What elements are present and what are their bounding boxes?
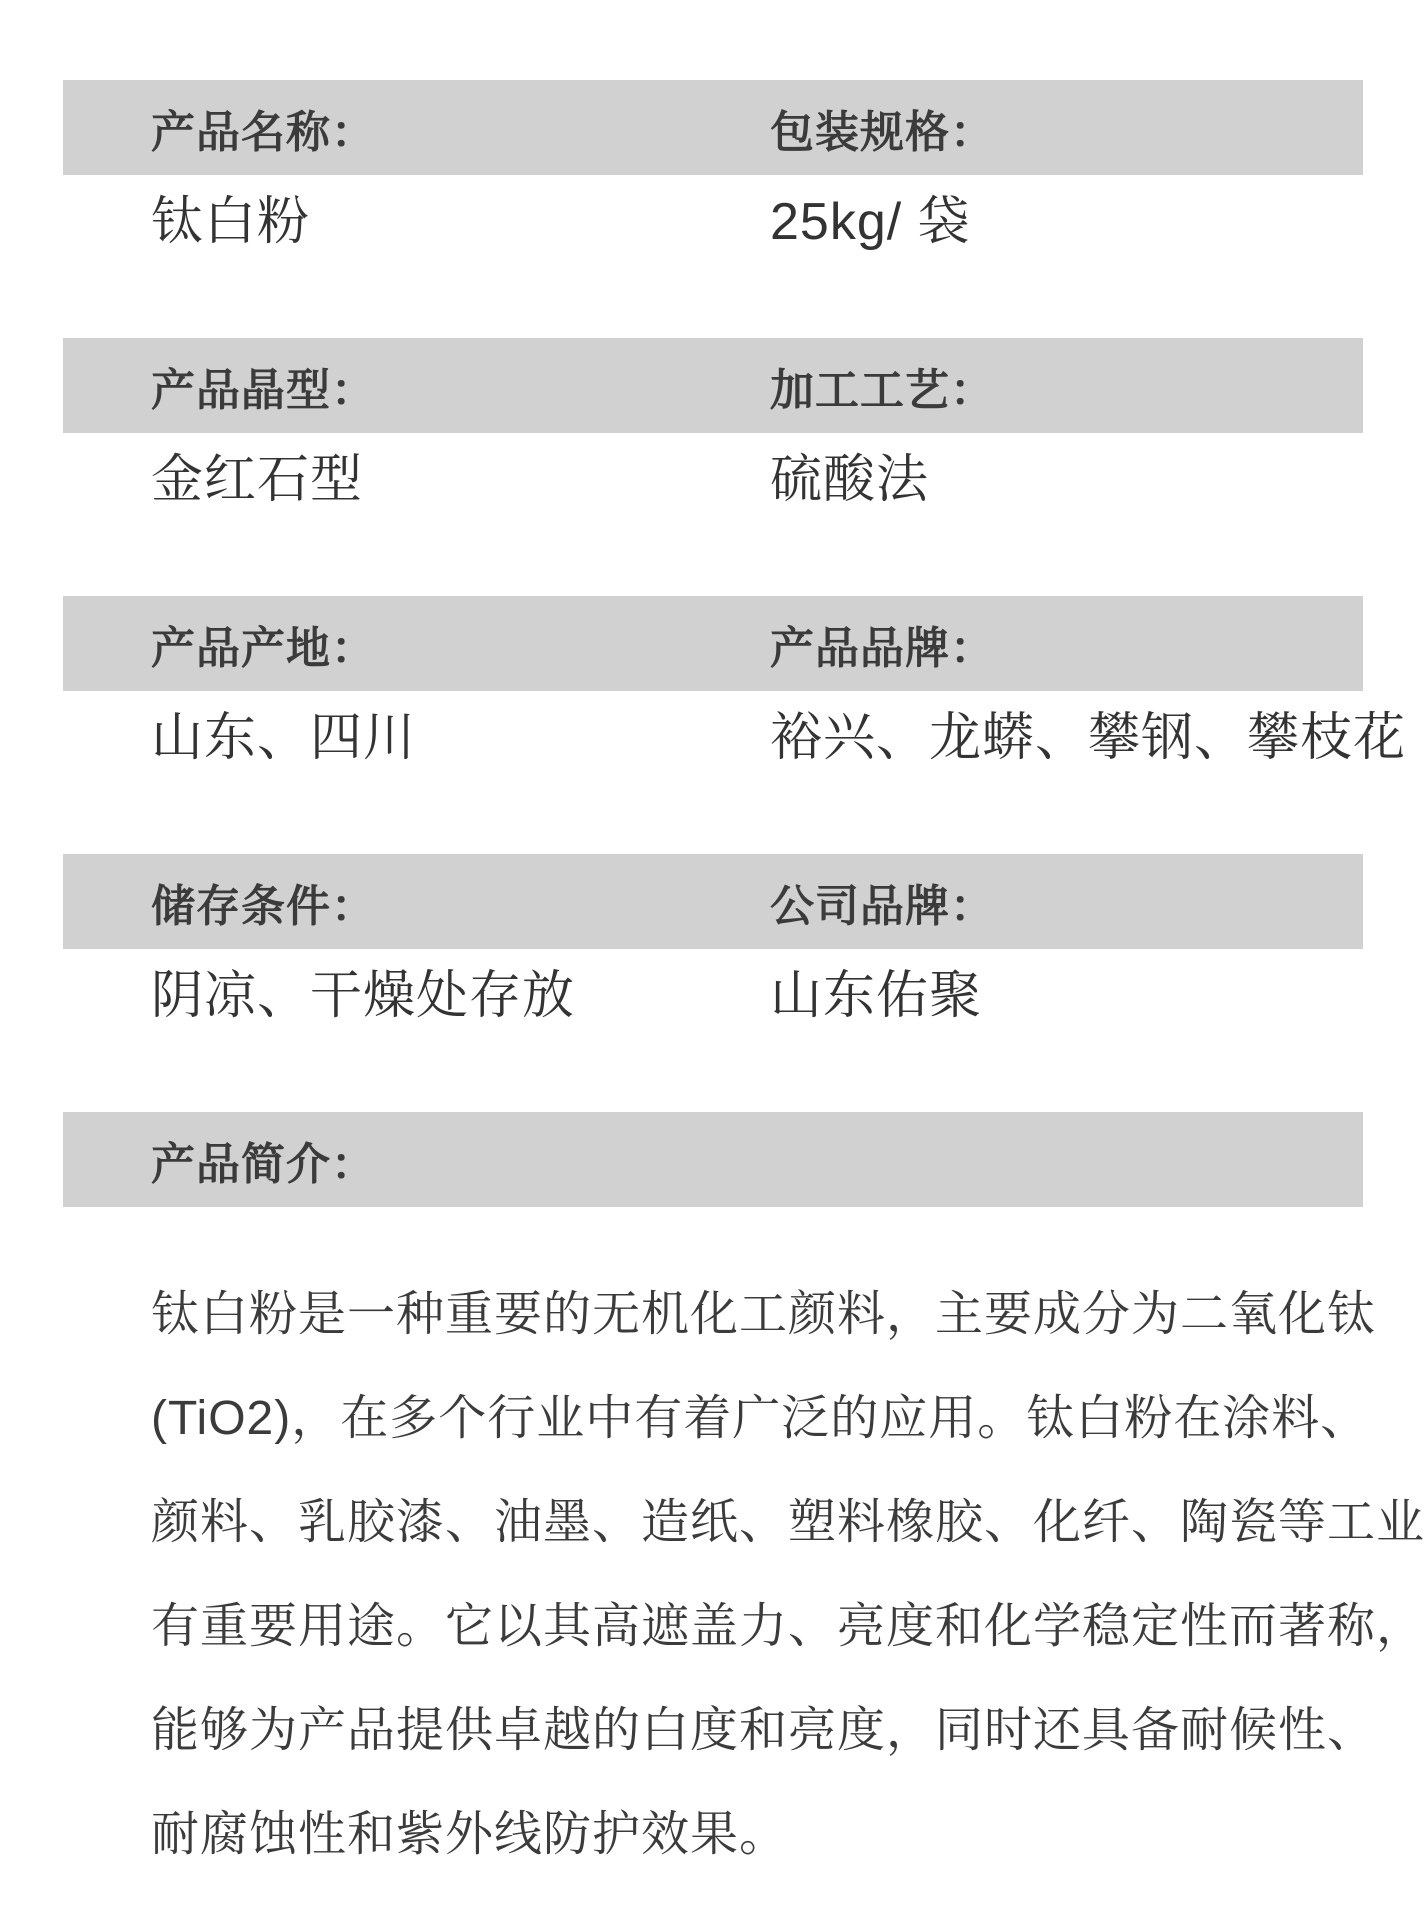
product-brand-label: 产品品牌： — [770, 612, 1363, 676]
product-name-label: 产品名称： — [151, 96, 770, 160]
process-value: 硫酸法 — [770, 451, 1363, 509]
spec-value-row: 阴凉、干燥处存放 山东佑聚 — [63, 949, 1363, 1112]
storage-conditions-label: 储存条件： — [151, 870, 770, 934]
spec-row-storage-company: 储存条件： 公司品牌： 阴凉、干燥处存放 山东佑聚 — [63, 854, 1363, 1112]
packaging-spec-value: 25kg/ 袋 — [770, 193, 1363, 251]
crystal-type-value: 金红石型 — [151, 451, 770, 509]
spec-label-band: 储存条件： 公司品牌： — [63, 854, 1363, 949]
product-spec-sheet: 产品名称： 包装规格： 钛白粉 25kg/ 袋 产品晶型： 加工工艺： 金红石型… — [0, 0, 1428, 1920]
company-brand-label: 公司品牌： — [770, 870, 1363, 934]
intro-label-band: 产品简介： — [63, 1112, 1363, 1207]
spec-label-band: 产品产地： 产品品牌： — [63, 596, 1363, 691]
spec-row-name-packaging: 产品名称： 包装规格： 钛白粉 25kg/ 袋 — [63, 80, 1363, 338]
storage-conditions-value: 阴凉、干燥处存放 — [151, 967, 770, 1025]
spec-row-crystal-process: 产品晶型： 加工工艺： 金红石型 硫酸法 — [63, 338, 1363, 596]
spec-value-row: 钛白粉 25kg/ 袋 — [63, 175, 1363, 338]
intro-line: 钛白粉是一种重要的无机化工颜料，主要成分为二氧化钛 — [151, 1263, 1363, 1367]
intro-line: 能够为产品提供卓越的白度和亮度，同时还具备耐候性、 — [151, 1679, 1363, 1783]
origin-value: 山东、四川 — [151, 709, 770, 767]
spec-label-band: 产品晶型： 加工工艺： — [63, 338, 1363, 433]
intro-line: 有重要用途。它以其高遮盖力、亮度和化学稳定性而著称， — [151, 1575, 1363, 1679]
spec-row-origin-brand: 产品产地： 产品品牌： 山东、四川 裕兴、龙蟒、攀钢、攀枝花 — [63, 596, 1363, 854]
packaging-spec-label: 包装规格： — [770, 96, 1363, 160]
intro-paragraph: 钛白粉是一种重要的无机化工颜料，主要成分为二氧化钛 (TiO2)，在多个行业中有… — [63, 1207, 1363, 1887]
intro-line: 颜料、乳胶漆、油墨、造纸、塑料橡胶、化纤、陶瓷等工业中 — [151, 1471, 1363, 1575]
company-brand-value: 山东佑聚 — [770, 967, 1363, 1025]
product-brand-value: 裕兴、龙蟒、攀钢、攀枝花 — [770, 709, 1406, 767]
crystal-type-label: 产品晶型： — [151, 354, 770, 418]
process-label: 加工工艺： — [770, 354, 1363, 418]
product-intro-section: 产品简介： 钛白粉是一种重要的无机化工颜料，主要成分为二氧化钛 (TiO2)，在… — [63, 1112, 1363, 1887]
spec-content: 产品名称： 包装规格： 钛白粉 25kg/ 袋 产品晶型： 加工工艺： 金红石型… — [0, 0, 1428, 1887]
spec-label-band: 产品名称： 包装规格： — [63, 80, 1363, 175]
spec-value-row: 山东、四川 裕兴、龙蟒、攀钢、攀枝花 — [63, 691, 1363, 854]
intro-line: 耐腐蚀性和紫外线防护效果。 — [151, 1783, 1363, 1887]
intro-line: (TiO2)，在多个行业中有着广泛的应用。钛白粉在涂料、 — [151, 1367, 1363, 1471]
origin-label: 产品产地： — [151, 612, 770, 676]
intro-label: 产品简介： — [151, 1128, 770, 1192]
product-name-value: 钛白粉 — [151, 193, 770, 251]
spec-value-row: 金红石型 硫酸法 — [63, 433, 1363, 596]
